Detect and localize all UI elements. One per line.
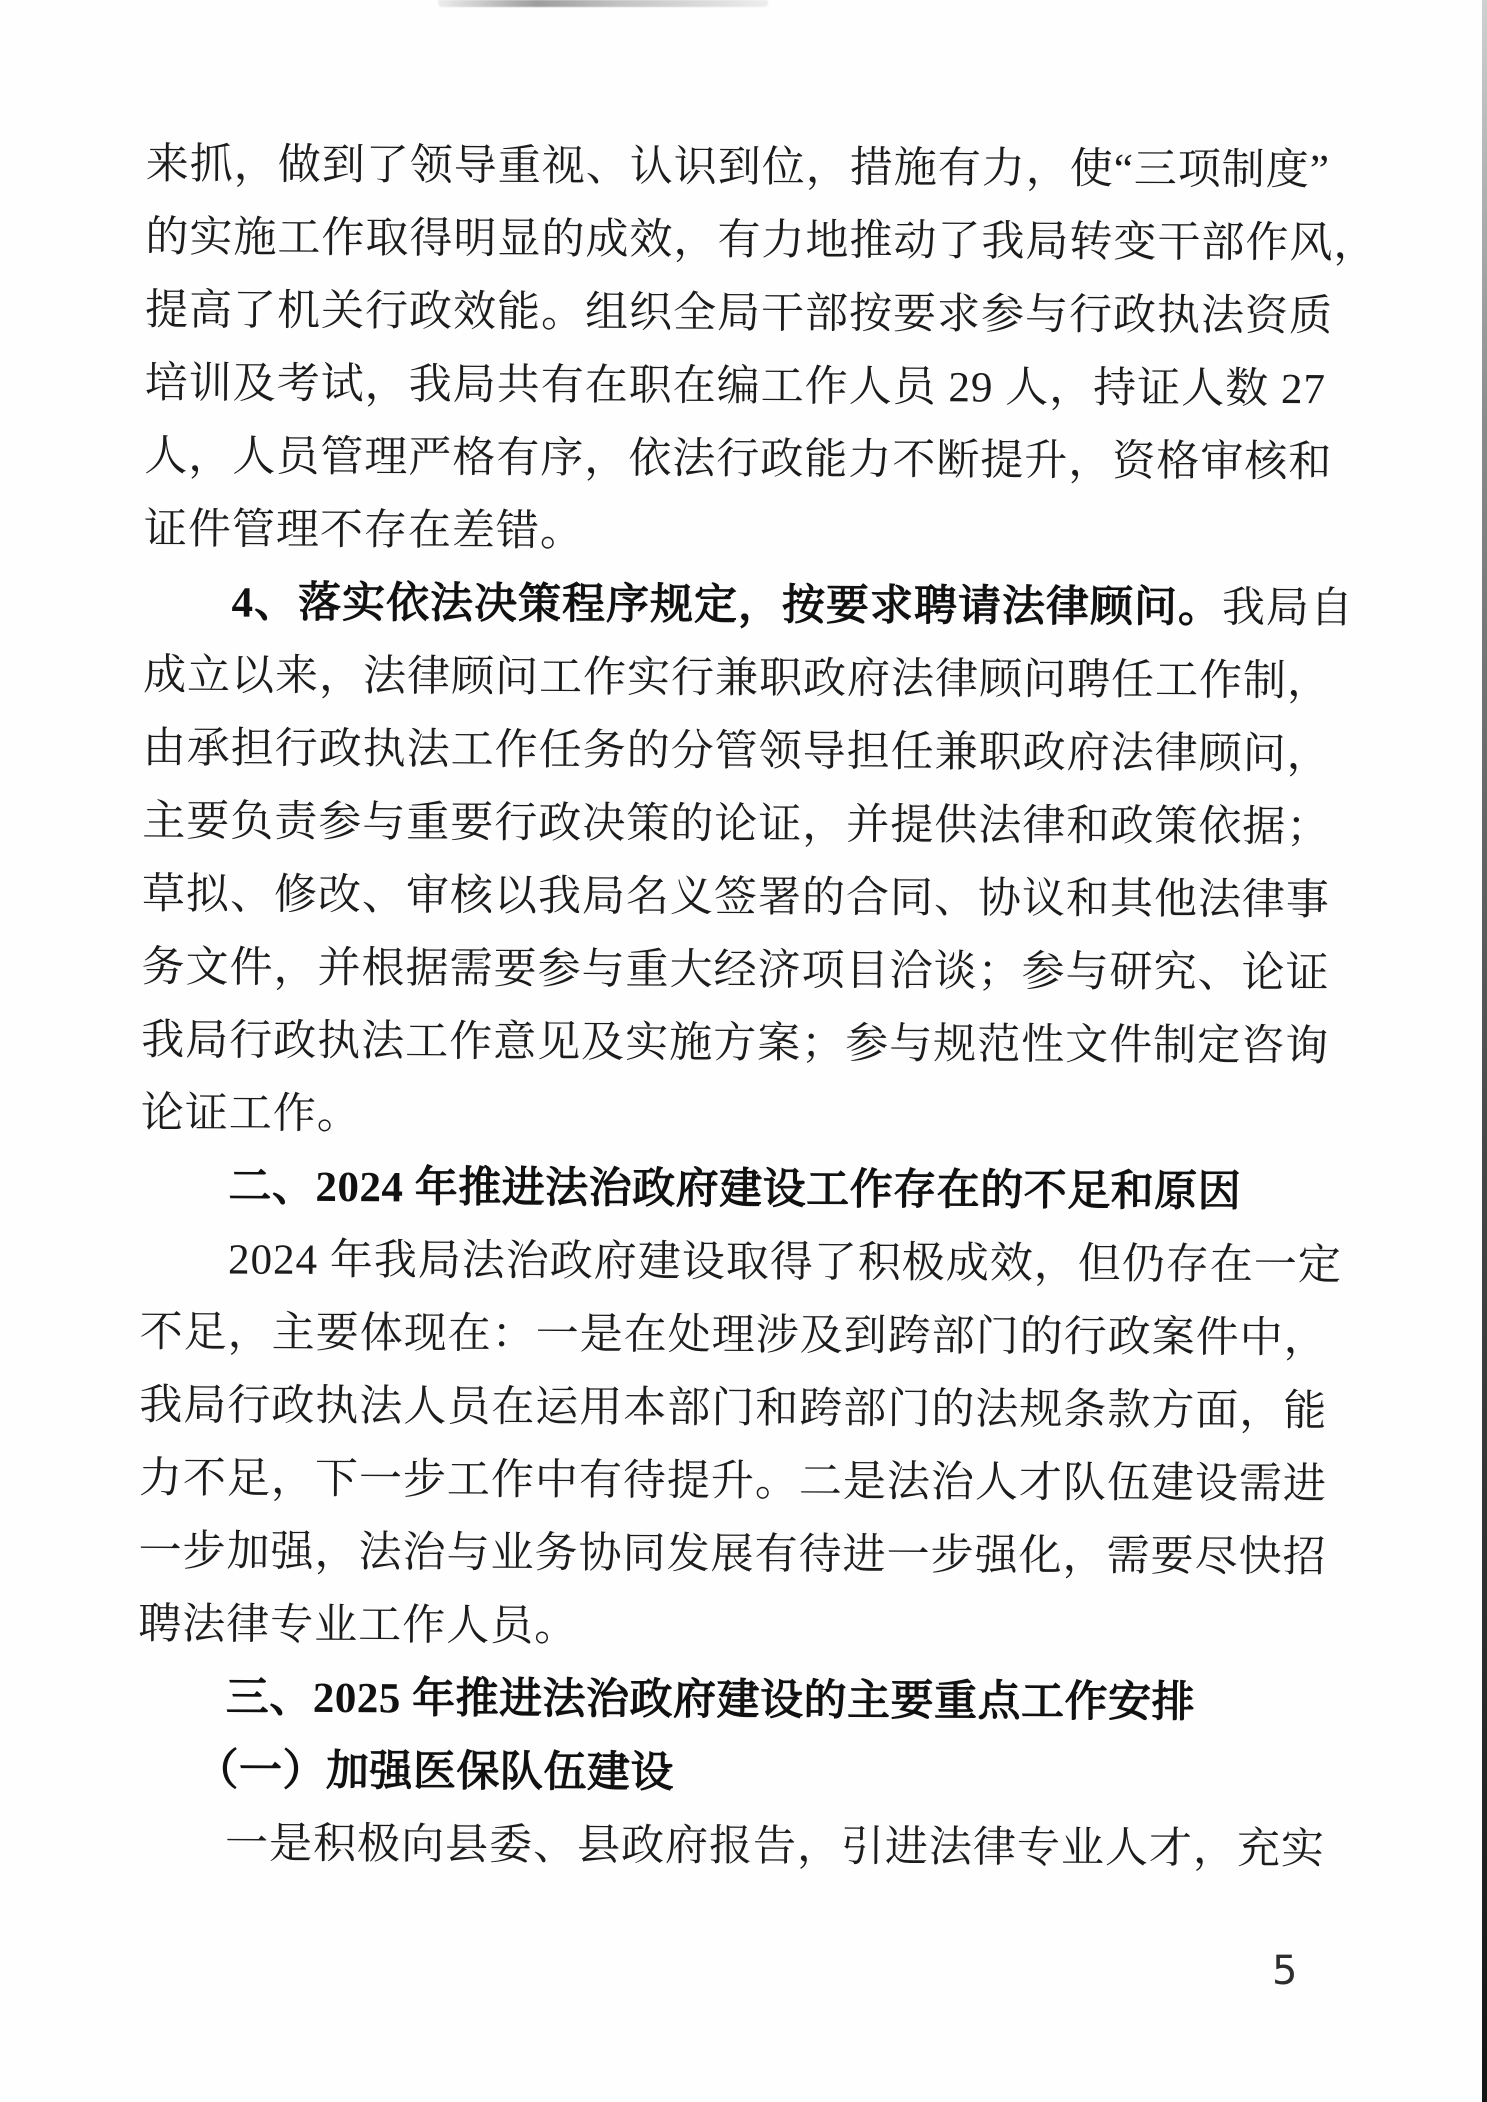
- text-line: 我局行政执法人员在运用本部门和跨部门的法规条款方面，能: [139, 1369, 1345, 1448]
- subsection-heading-team-building: （一）加强医保队伍建设: [137, 1734, 1343, 1813]
- text-line: 力不足，下一步工作中有待提升。二是法治人才队伍建设需进: [139, 1442, 1345, 1521]
- text-line: 不足，主要体现在：一是在处理涉及到跨部门的行政案件中，: [140, 1296, 1346, 1375]
- bold-text-run: 4、落实依法决策程序规定，按要求聘请法律顾问。: [231, 579, 1222, 631]
- scan-artifact-top-smudge: [438, 0, 768, 7]
- text-line: 的实施工作取得明显的成效，有力地推动了我局转变干部作风，: [145, 201, 1351, 280]
- text-line: 聘法律专业工作人员。: [138, 1588, 1344, 1667]
- page-number: 5: [1272, 1948, 1297, 1994]
- text-line: 论证工作。: [141, 1077, 1347, 1156]
- text-line: 由承担行政执法工作任务的分管领导担任兼职政府法律顾问，: [143, 712, 1349, 791]
- text-line: 一步加强，法治与业务协同发展有待进一步强化，需要尽快招: [138, 1515, 1344, 1594]
- text-line: 4、落实依法决策程序规定，按要求聘请法律顾问。我局自: [143, 566, 1349, 645]
- text-line: 草拟、修改、审核以我局名义签署的合同、协议和其他法律事: [142, 858, 1348, 937]
- text-line: 培训及考试，我局共有在职在编工作人员 29 人，持证人数 27: [144, 347, 1350, 426]
- text-line: 成立以来，法律顾问工作实行兼职政府法律顾问聘任工作制，: [143, 639, 1349, 718]
- text-run: 我局自: [1222, 585, 1354, 633]
- section-heading-2025-work-plan: 三、2025 年推进法治政府建设的主要重点工作安排: [138, 1661, 1344, 1740]
- section-heading-2024-shortcomings: 二、2024 年推进法治政府建设工作存在的不足和原因: [140, 1150, 1346, 1229]
- text-line: 提高了机关行政效能。组织全局干部按要求参与行政执法资质: [145, 274, 1351, 353]
- text-line: 人，人员管理严格有序，依法行政能力不断提升，资格审核和: [144, 420, 1350, 499]
- scan-artifact-page-edge: [1482, 0, 1487, 2102]
- document-page: 来抓，做到了领导重视、认识到位，措施有力，使“三项制度” 的实施工作取得明显的成…: [0, 0, 1487, 2102]
- text-line: 来抓，做到了领导重视、认识到位，措施有力，使“三项制度”: [146, 128, 1352, 207]
- text-line: 2024 年我局法治政府建设取得了积极成效，但仍存在一定: [140, 1223, 1346, 1302]
- text-line: 证件管理不存在差错。: [144, 493, 1350, 572]
- text-line: 务文件，并根据需要参与重大经济项目洽谈；参与研究、论证: [141, 931, 1347, 1010]
- text-line: 主要负责参与重要行政决策的论证，并提供法律和政策依据；: [142, 785, 1348, 864]
- text-line: 一是积极向县委、县政府报告，引进法律专业人才，充实: [137, 1807, 1343, 1886]
- text-line: 我局行政执法工作意见及实施方案；参与规范性文件制定咨询: [141, 1004, 1347, 1083]
- scanned-document: { "document": { "page_number": "5", "lin…: [0, 0, 1487, 2102]
- document-body-text: 来抓，做到了领导重视、认识到位，措施有力，使“三项制度” 的实施工作取得明显的成…: [137, 128, 1352, 1886]
